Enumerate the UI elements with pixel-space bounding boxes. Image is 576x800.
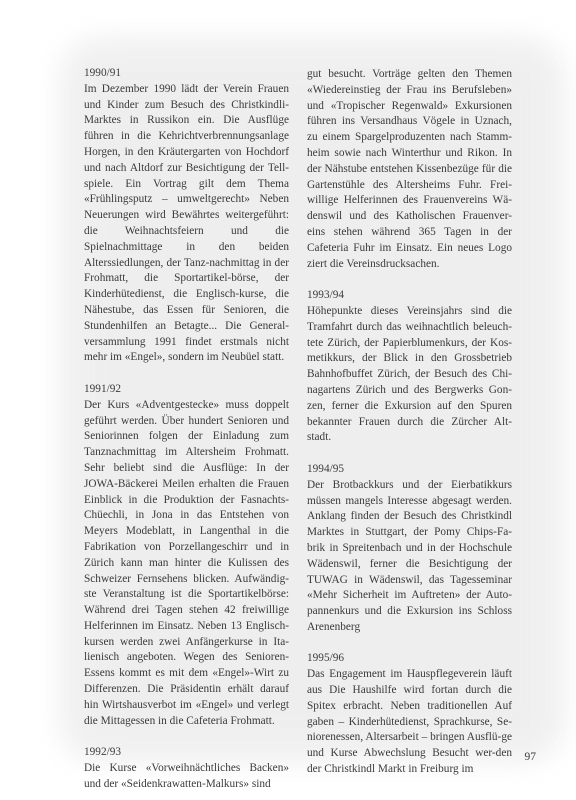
text-column-left: 1990/91 Im Dezember 1990 lädt der Verein… (84, 66, 289, 793)
section-body: Die Kurse «Vorweihnächtliches Backen» un… (84, 761, 289, 793)
document-page: 1990/91 Im Dezember 1990 lädt der Verein… (0, 0, 576, 800)
section-1992-93-continued: gut besucht. Vorträge gelten den Themen … (307, 67, 512, 272)
section-body: Der Kurs «Adventgestecke» muss doppelt g… (84, 398, 289, 730)
section-1992-93: 1992/93 Die Kurse «Vorweihnächtliches Ba… (84, 745, 289, 792)
section-1993-94: 1993/94 Höhepunkte dieses Vereinsjahrs s… (307, 288, 512, 446)
section-heading: 1994/95 (307, 462, 512, 478)
section-heading: 1993/94 (307, 288, 512, 304)
section-1990-91: 1990/91 Im Dezember 1990 lädt der Verein… (84, 66, 289, 366)
section-body: Im Dezember 1990 lädt der Verein Frauen … (84, 82, 289, 366)
section-1991-92: 1991/92 Der Kurs «Adventgestecke» muss d… (84, 382, 289, 730)
text-column-right: gut besucht. Vorträge gelten den Themen … (307, 67, 512, 778)
section-body: Der Brotbackkurs und der Eierbatikkurs m… (307, 478, 512, 636)
section-body: Höhepunkte dieses Vereinsjahrs sind die … (307, 304, 512, 446)
section-body: Das Engagement im Hauspflegeverein läuft… (307, 667, 512, 778)
section-1994-95: 1994/95 Der Brotbackkurs und der Eierbat… (307, 462, 512, 636)
section-heading: 1990/91 (84, 66, 289, 82)
section-1995-96: 1995/96 Das Engagement im Hauspflegevere… (307, 651, 512, 777)
section-body: gut besucht. Vorträge gelten den Themen … (307, 67, 512, 272)
section-heading: 1995/96 (307, 651, 512, 667)
section-heading: 1991/92 (84, 382, 289, 398)
section-heading: 1992/93 (84, 745, 289, 761)
page-number: 97 (496, 751, 536, 763)
